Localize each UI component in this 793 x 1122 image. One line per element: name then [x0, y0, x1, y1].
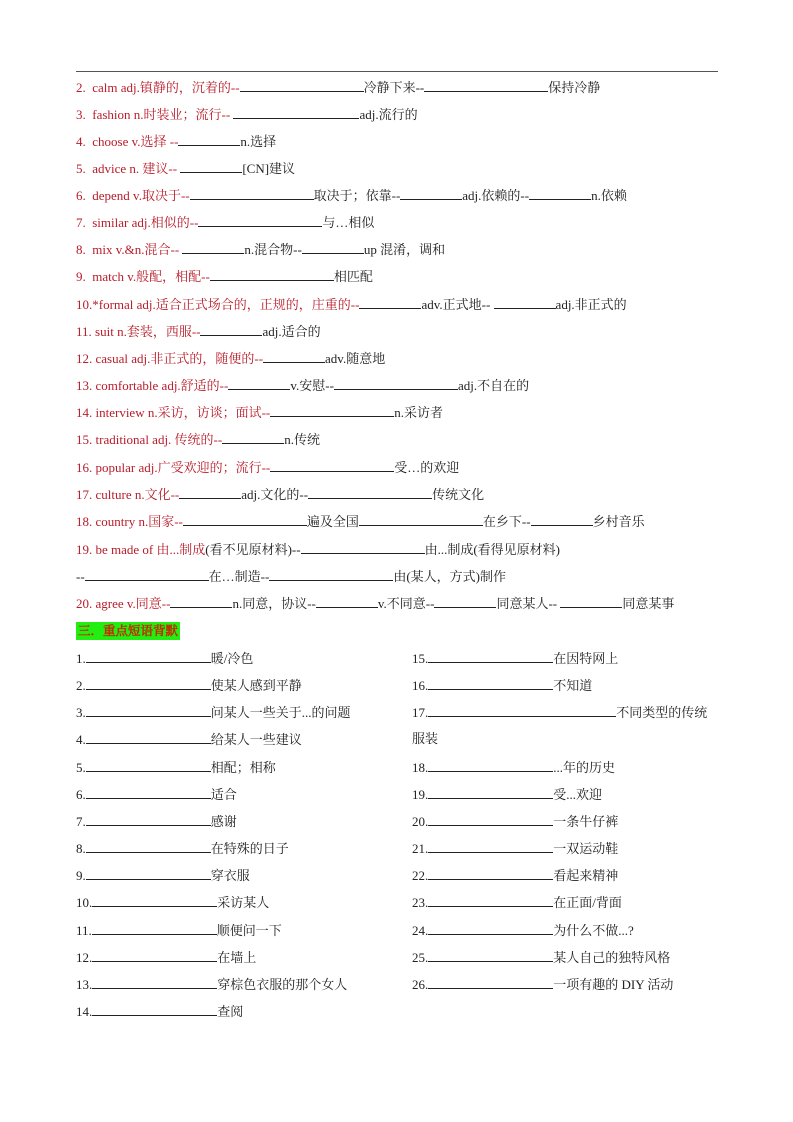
phrase-number: 26. — [412, 977, 428, 992]
vocab-row-17: 17. culture n.文化--adj.文化的--传统文化 — [76, 486, 484, 503]
answer-blank[interactable] — [270, 459, 394, 472]
phrase-meaning: 一条牛仔裤 — [553, 814, 618, 829]
answer-blank[interactable] — [424, 79, 548, 92]
phrase-item: 9.穿衣服 — [76, 867, 250, 884]
answer-blank[interactable] — [560, 595, 622, 608]
phrase-number: 6. — [76, 787, 86, 802]
answer-blank[interactable] — [183, 513, 307, 526]
phrase-item: 11.顺便问一下 — [76, 922, 282, 939]
phrase-item: 12.在墙上 — [76, 949, 256, 966]
phrase-number: 19. — [412, 787, 428, 802]
phrase-meaning: 查阅 — [217, 1004, 243, 1019]
phrase-number: 13. — [76, 977, 92, 992]
phrase-item: 3.问某人一些关于...的问题 — [76, 704, 351, 721]
answer-blank[interactable] — [85, 568, 209, 581]
phrase-number: 2. — [76, 678, 86, 693]
phrase-number: 15. — [412, 651, 428, 666]
answer-blank[interactable] — [359, 296, 421, 309]
vocab-row-13: 13. comfortable adj.舒适的--v.安慰--adj.不自在的 — [76, 377, 529, 394]
vocab-row-18: 18. country n.国家--遍及全国在乡下--乡村音乐 — [76, 513, 645, 530]
phrase-meaning: 穿棕色衣服的那个女人 — [217, 977, 347, 992]
phrase-number: 23. — [412, 895, 428, 910]
answer-blank[interactable] — [400, 187, 462, 200]
phrase-meaning: 不知道 — [553, 678, 592, 693]
phrase-meaning: 一双运动鞋 — [553, 841, 618, 856]
answer-blank[interactable] — [240, 79, 364, 92]
answer-blank[interactable] — [233, 106, 359, 119]
phrase-meaning: 为什么不做...? — [553, 923, 634, 938]
phrase-number: 4. — [76, 732, 86, 747]
phrase-number: 9. — [76, 868, 86, 883]
section-heading: 三．重点短语背默 — [76, 622, 180, 640]
answer-blank[interactable] — [270, 404, 394, 417]
answer-blank[interactable] — [86, 759, 211, 772]
vocab-row-4: 4. choose v.选择 --n.选择 — [76, 133, 276, 150]
answer-blank[interactable] — [263, 350, 325, 363]
answer-blank[interactable] — [170, 595, 232, 608]
phrase-number: 5. — [76, 760, 86, 775]
phrase-meaning: 在特殊的日子 — [211, 841, 289, 856]
vocab-row-8: 8. mix v.&n.混合-- n.混合物--up 混淆，调和 — [76, 241, 445, 258]
vocab-row-12: 12. casual adj.非正式的，随便的--adv.随意地 — [76, 350, 385, 367]
phrase-meaning: 看起来精神 — [553, 868, 618, 883]
phrase-meaning: 不同类型的传统 — [616, 705, 707, 720]
vocab-row-19: 19. be made of 由...制成(看不见原材料)--由...制成(看得… — [76, 541, 560, 558]
phrase-item: 5.相配；相称 — [76, 759, 276, 776]
vocab-row-9: 9. match v.般配，相配--相匹配 — [76, 268, 373, 285]
vocab-row-7: 7. similar adj.相似的--与…相似 — [76, 214, 374, 231]
phrase-item: 18....年的历史 — [412, 759, 615, 776]
phrase-number: 16. — [412, 678, 428, 693]
answer-blank[interactable] — [301, 541, 425, 554]
answer-blank[interactable] — [302, 241, 364, 254]
answer-blank[interactable] — [428, 894, 553, 907]
answer-blank[interactable] — [86, 867, 211, 880]
answer-blank[interactable] — [428, 650, 553, 663]
answer-blank[interactable] — [428, 976, 553, 989]
answer-blank[interactable] — [92, 894, 217, 907]
phrase-item: 21.一双运动鞋 — [412, 840, 618, 857]
phrase-item: 25.某人自己的独特风格 — [412, 949, 670, 966]
phrase-item: 7.感谢 — [76, 813, 237, 830]
phrase-number: 10. — [76, 895, 92, 910]
phrase-number: 24. — [412, 923, 428, 938]
phrase-number: 14. — [76, 1004, 92, 1019]
phrase-meaning: ...年的历史 — [553, 760, 615, 775]
phrase-item: 15.在因特网上 — [412, 650, 618, 667]
answer-blank[interactable] — [222, 431, 284, 444]
vocab-row-5: 5. advice n. 建议-- [CN]建议 — [76, 160, 295, 177]
phrase-number: 1. — [76, 651, 86, 666]
vocab-row-20: 20. agree v.同意--n.同意，协议--v.不同意--同意某人-- 同… — [76, 595, 674, 612]
answer-blank[interactable] — [428, 840, 553, 853]
phrase-item: 19.受...欢迎 — [412, 786, 602, 803]
answer-blank[interactable] — [428, 704, 616, 717]
phrase-meaning: 一项有趣的 DIY 活动 — [553, 977, 673, 992]
vocab-row-2: 2. calm adj.镇静的，沉着的--冷静下来--保持冷静 — [76, 79, 600, 96]
phrase-item: 10.采访某人 — [76, 894, 269, 911]
phrase-item: 17.不同类型的传统 — [412, 704, 707, 721]
answer-blank[interactable] — [494, 296, 556, 309]
answer-blank[interactable] — [428, 867, 553, 880]
phrase-number: 17. — [412, 705, 428, 720]
answer-blank[interactable] — [531, 513, 593, 526]
phrase-meaning: 受...欢迎 — [553, 787, 602, 802]
answer-blank[interactable] — [190, 187, 314, 200]
vocab-row-10: 10.*formal adj.适合正式场合的，正规的，庄重的--adv.正式地-… — [76, 296, 627, 313]
phrase-meaning: 给某人一些建议 — [211, 732, 302, 747]
answer-blank[interactable] — [86, 786, 211, 799]
phrase-meaning: 采访某人 — [217, 895, 269, 910]
answer-blank[interactable] — [529, 187, 591, 200]
answer-blank[interactable] — [182, 241, 244, 254]
phrase-item: 23.在正面/背面 — [412, 894, 622, 911]
top-rule — [76, 71, 718, 72]
phrase-item: 2.使某人感到平静 — [76, 677, 302, 694]
answer-blank[interactable] — [86, 731, 211, 744]
phrase-item: 6.适合 — [76, 786, 237, 803]
answer-blank[interactable] — [334, 377, 458, 390]
answer-blank[interactable] — [86, 650, 211, 663]
phrase-item: 服装 — [412, 731, 438, 747]
vocab-row-16: 16. popular adj.广受欢迎的；流行--受…的欢迎 — [76, 459, 459, 476]
phrase-meaning: 穿衣服 — [211, 868, 250, 883]
phrase-number: 21. — [412, 841, 428, 856]
answer-blank[interactable] — [434, 595, 496, 608]
vocab-row-11: 11. suit n.套装，西服--adj.适合的 — [76, 323, 321, 340]
answer-blank[interactable] — [86, 677, 211, 690]
vocab-row-6: 6. depend v.取决于--取决于；依靠--adj.依赖的--n.依赖 — [76, 187, 627, 204]
answer-blank[interactable] — [428, 922, 553, 935]
phrase-number: 12. — [76, 950, 92, 965]
answer-blank[interactable] — [92, 922, 217, 935]
answer-blank[interactable] — [359, 513, 483, 526]
answer-blank[interactable] — [86, 813, 211, 826]
vocab-row-19-cont: --在…制造--由(某人，方式)制作 — [76, 568, 506, 585]
answer-blank[interactable] — [86, 704, 211, 717]
phrase-meaning: 暖/冷色 — [211, 651, 254, 666]
answer-blank[interactable] — [210, 268, 334, 281]
answer-blank[interactable] — [86, 840, 211, 853]
answer-blank[interactable] — [428, 949, 553, 962]
phrase-meaning: 问某人一些关于...的问题 — [211, 705, 351, 720]
answer-blank[interactable] — [92, 976, 217, 989]
phrase-meaning: 在因特网上 — [553, 651, 618, 666]
phrase-item: 16.不知道 — [412, 677, 592, 694]
phrase-meaning: 在正面/背面 — [553, 895, 622, 910]
answer-blank[interactable] — [200, 323, 262, 336]
phrase-number: 11. — [76, 923, 92, 938]
phrase-meaning: 使某人感到平静 — [211, 678, 302, 693]
answer-blank[interactable] — [228, 377, 290, 390]
phrase-meaning: 相配；相称 — [211, 760, 276, 775]
answer-blank[interactable] — [92, 1003, 217, 1016]
answer-blank[interactable] — [308, 486, 432, 499]
phrase-meaning: 服装 — [412, 731, 438, 746]
answer-blank[interactable] — [178, 133, 240, 146]
answer-blank[interactable] — [428, 786, 553, 799]
phrase-item: 22.看起来精神 — [412, 867, 618, 884]
phrase-number: 22. — [412, 868, 428, 883]
phrase-item: 20.一条牛仔裤 — [412, 813, 618, 830]
phrase-number: 8. — [76, 841, 86, 856]
phrase-number: 25. — [412, 950, 428, 965]
phrase-number: 18. — [412, 760, 428, 775]
answer-blank[interactable] — [428, 813, 553, 826]
answer-blank[interactable] — [92, 949, 217, 962]
vocab-row-15: 15. traditional adj. 传统的--n.传统 — [76, 431, 320, 448]
phrase-meaning: 在墙上 — [217, 950, 256, 965]
phrase-item: 4.给某人一些建议 — [76, 731, 302, 748]
answer-blank[interactable] — [269, 568, 393, 581]
phrase-item: 26.一项有趣的 DIY 活动 — [412, 976, 673, 993]
phrase-number: 20. — [412, 814, 428, 829]
vocab-row-14: 14. interview n.采访，访谈；面试--n.采访者 — [76, 404, 443, 421]
answer-blank[interactable] — [428, 677, 553, 690]
answer-blank[interactable] — [180, 160, 242, 173]
phrase-item: 24.为什么不做...? — [412, 922, 634, 939]
phrase-meaning: 适合 — [211, 787, 237, 802]
answer-blank[interactable] — [316, 595, 378, 608]
phrase-item: 1.暖/冷色 — [76, 650, 253, 667]
vocab-row-3: 3. fashion n.时装业；流行-- adj.流行的 — [76, 106, 418, 123]
answer-blank[interactable] — [198, 214, 322, 227]
phrase-item: 8.在特殊的日子 — [76, 840, 289, 857]
phrase-meaning: 感谢 — [211, 814, 237, 829]
phrase-meaning: 某人自己的独特风格 — [553, 950, 670, 965]
phrase-item: 13.穿棕色衣服的那个女人 — [76, 976, 347, 993]
phrase-number: 3. — [76, 705, 86, 720]
answer-blank[interactable] — [179, 486, 241, 499]
phrase-meaning: 顺便问一下 — [217, 923, 282, 938]
answer-blank[interactable] — [428, 759, 553, 772]
phrase-item: 14.查阅 — [76, 1003, 243, 1020]
phrase-number: 7. — [76, 814, 86, 829]
